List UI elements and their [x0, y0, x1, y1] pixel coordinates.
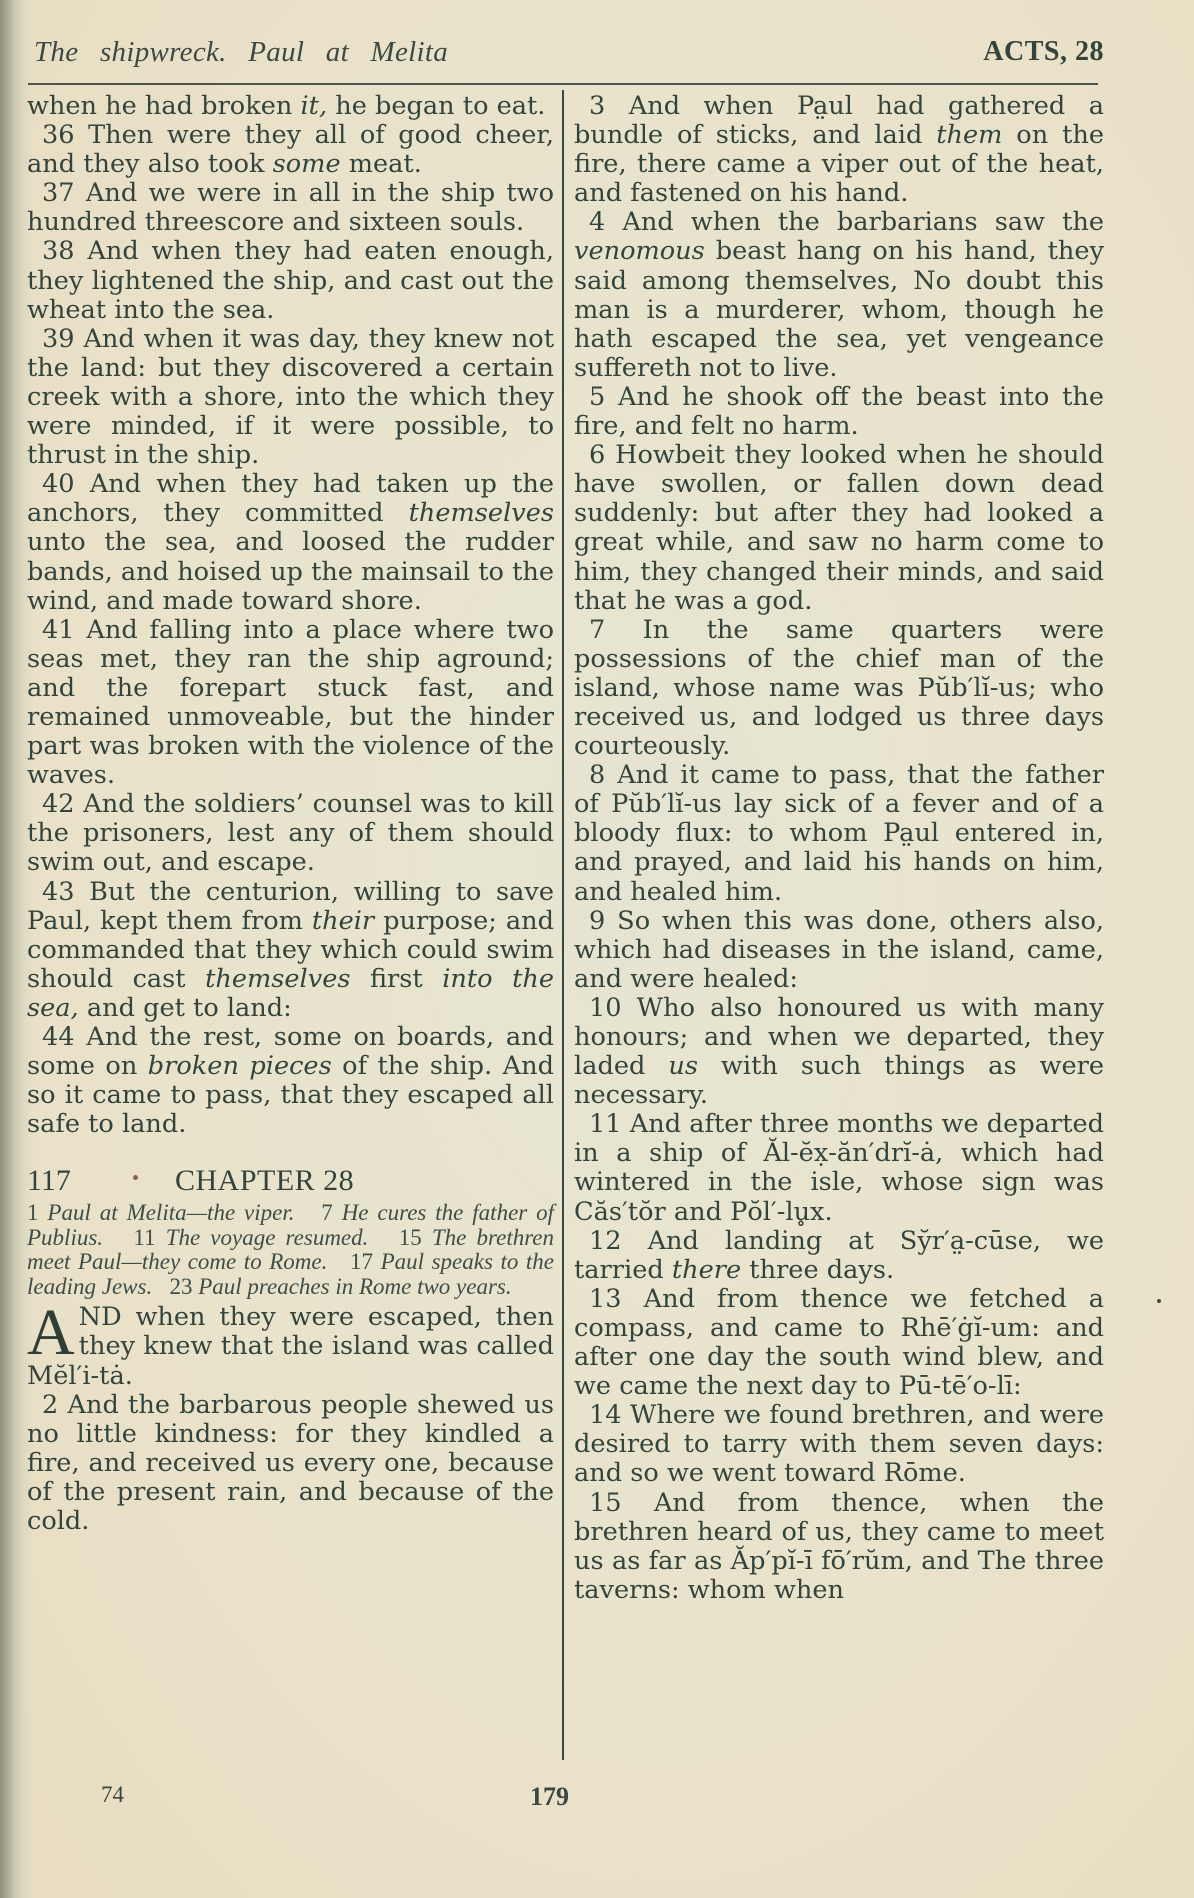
verse-13: 13 And from thence we fetched a compass,…: [574, 1285, 1104, 1401]
verse-number: 4: [589, 207, 605, 237]
verse-41: 41 And falling into a place where two se…: [27, 616, 554, 791]
book-chapter-heading: ACTS, 28: [983, 36, 1104, 68]
verse-number: 11: [589, 1109, 622, 1139]
verse-5: 5 And he shook off the beast into the fi…: [574, 383, 1104, 441]
verse-number: 40: [42, 469, 75, 499]
verse-number: 36: [42, 120, 75, 150]
verse-7: 7 In the same quarters were possessions …: [574, 616, 1104, 761]
verse-number: 38: [42, 236, 75, 266]
verse-number: 5: [589, 382, 605, 412]
left-column: when he had broken it, he began to eat. …: [27, 92, 554, 1536]
verse-10: 10 Who also honoured us with many honour…: [574, 994, 1104, 1110]
bullet-dot-icon: [133, 1175, 138, 1180]
verse-number: 43: [42, 877, 75, 907]
paper-speck: [1157, 1299, 1161, 1303]
chapter-title: CHAPTER 28: [175, 1165, 354, 1197]
verse-39: 39 And when it was day, they knew not th…: [27, 325, 554, 470]
verse-35-continuation: when he had broken it, he began to eat.: [27, 92, 554, 121]
verse-number: 3: [589, 91, 605, 121]
running-head: The shipwreck. Paul at Melita ACTS, 28: [34, 36, 1104, 76]
chapter-summary: 1 Paul at Melita—the viper. 7 He cures t…: [27, 1201, 554, 1299]
verse-15: 15 And from thence, when the brethren he…: [574, 1489, 1104, 1605]
verse-number: 14: [589, 1400, 622, 1430]
page-number: 179: [530, 1782, 569, 1812]
verse-number: 42: [42, 789, 75, 819]
verse-3: 3 And when Pa̤ul had gathered a bundle o…: [574, 92, 1104, 208]
verse-number: 39: [42, 324, 75, 354]
verse-38: 38 And when they had eaten enough, they …: [27, 237, 554, 324]
verse-number: 15: [589, 1488, 622, 1518]
verse-number: 41: [42, 615, 75, 645]
verse-6: 6 Howbeit they looked when he should hav…: [574, 441, 1104, 616]
verse-number: 9: [589, 906, 605, 936]
verse-number: 8: [589, 760, 605, 790]
verse-37: 37 And we were in all in the ship two hu…: [27, 179, 554, 237]
drop-cap: A: [27, 1307, 75, 1359]
header-rule: [28, 83, 1098, 85]
verse-1: AND when they were escaped, then they kn…: [27, 1303, 554, 1390]
chapter-marker: 117: [27, 1165, 71, 1197]
verse-42: 42 And the soldiers’ counsel was to kill…: [27, 790, 554, 877]
chapter-28-block: 117 CHAPTER 28 1 Paul at Melita—the vipe…: [27, 1165, 554, 1536]
verse-2: 2 And the barbarous people shewed us no …: [27, 1391, 554, 1536]
chapter-heading: 117 CHAPTER 28: [27, 1165, 554, 1197]
verse-number: 44: [42, 1022, 75, 1052]
verse-number: 13: [589, 1284, 622, 1314]
verse-number: 12: [589, 1226, 622, 1256]
verse-12: 12 And landing at Sy̆r′a̤-cūse, we tarri…: [574, 1227, 1104, 1285]
signature-folio: 74: [101, 1782, 124, 1808]
right-column: 3 And when Pa̤ul had gathered a bundle o…: [574, 92, 1104, 1605]
verse-number: 2: [42, 1390, 58, 1420]
column-divider: [562, 90, 564, 1760]
verse-8: 8 And it came to pass, that the father o…: [574, 761, 1104, 906]
section-heading: The shipwreck. Paul at Melita: [34, 36, 448, 69]
verse-36: 36 Then were they all of good cheer, and…: [27, 121, 554, 179]
verse-40: 40 And when they had taken up the anchor…: [27, 470, 554, 615]
verse-4: 4 And when the barbarians saw the venomo…: [574, 208, 1104, 383]
verse-9: 9 So when this was done, others also, wh…: [574, 907, 1104, 994]
verse-number: 37: [42, 178, 75, 208]
verse-number: 6: [589, 440, 605, 470]
verse-number: 7: [589, 615, 605, 645]
verse-14: 14 Where we found brethren, and were des…: [574, 1401, 1104, 1488]
verse-11: 11 And after three months we departed in…: [574, 1110, 1104, 1226]
verse-44: 44 And the rest, some on boards, and som…: [27, 1023, 554, 1139]
verse-number: 10: [589, 993, 622, 1023]
verse-43: 43 But the centurion, willing to save Pa…: [27, 878, 554, 1023]
